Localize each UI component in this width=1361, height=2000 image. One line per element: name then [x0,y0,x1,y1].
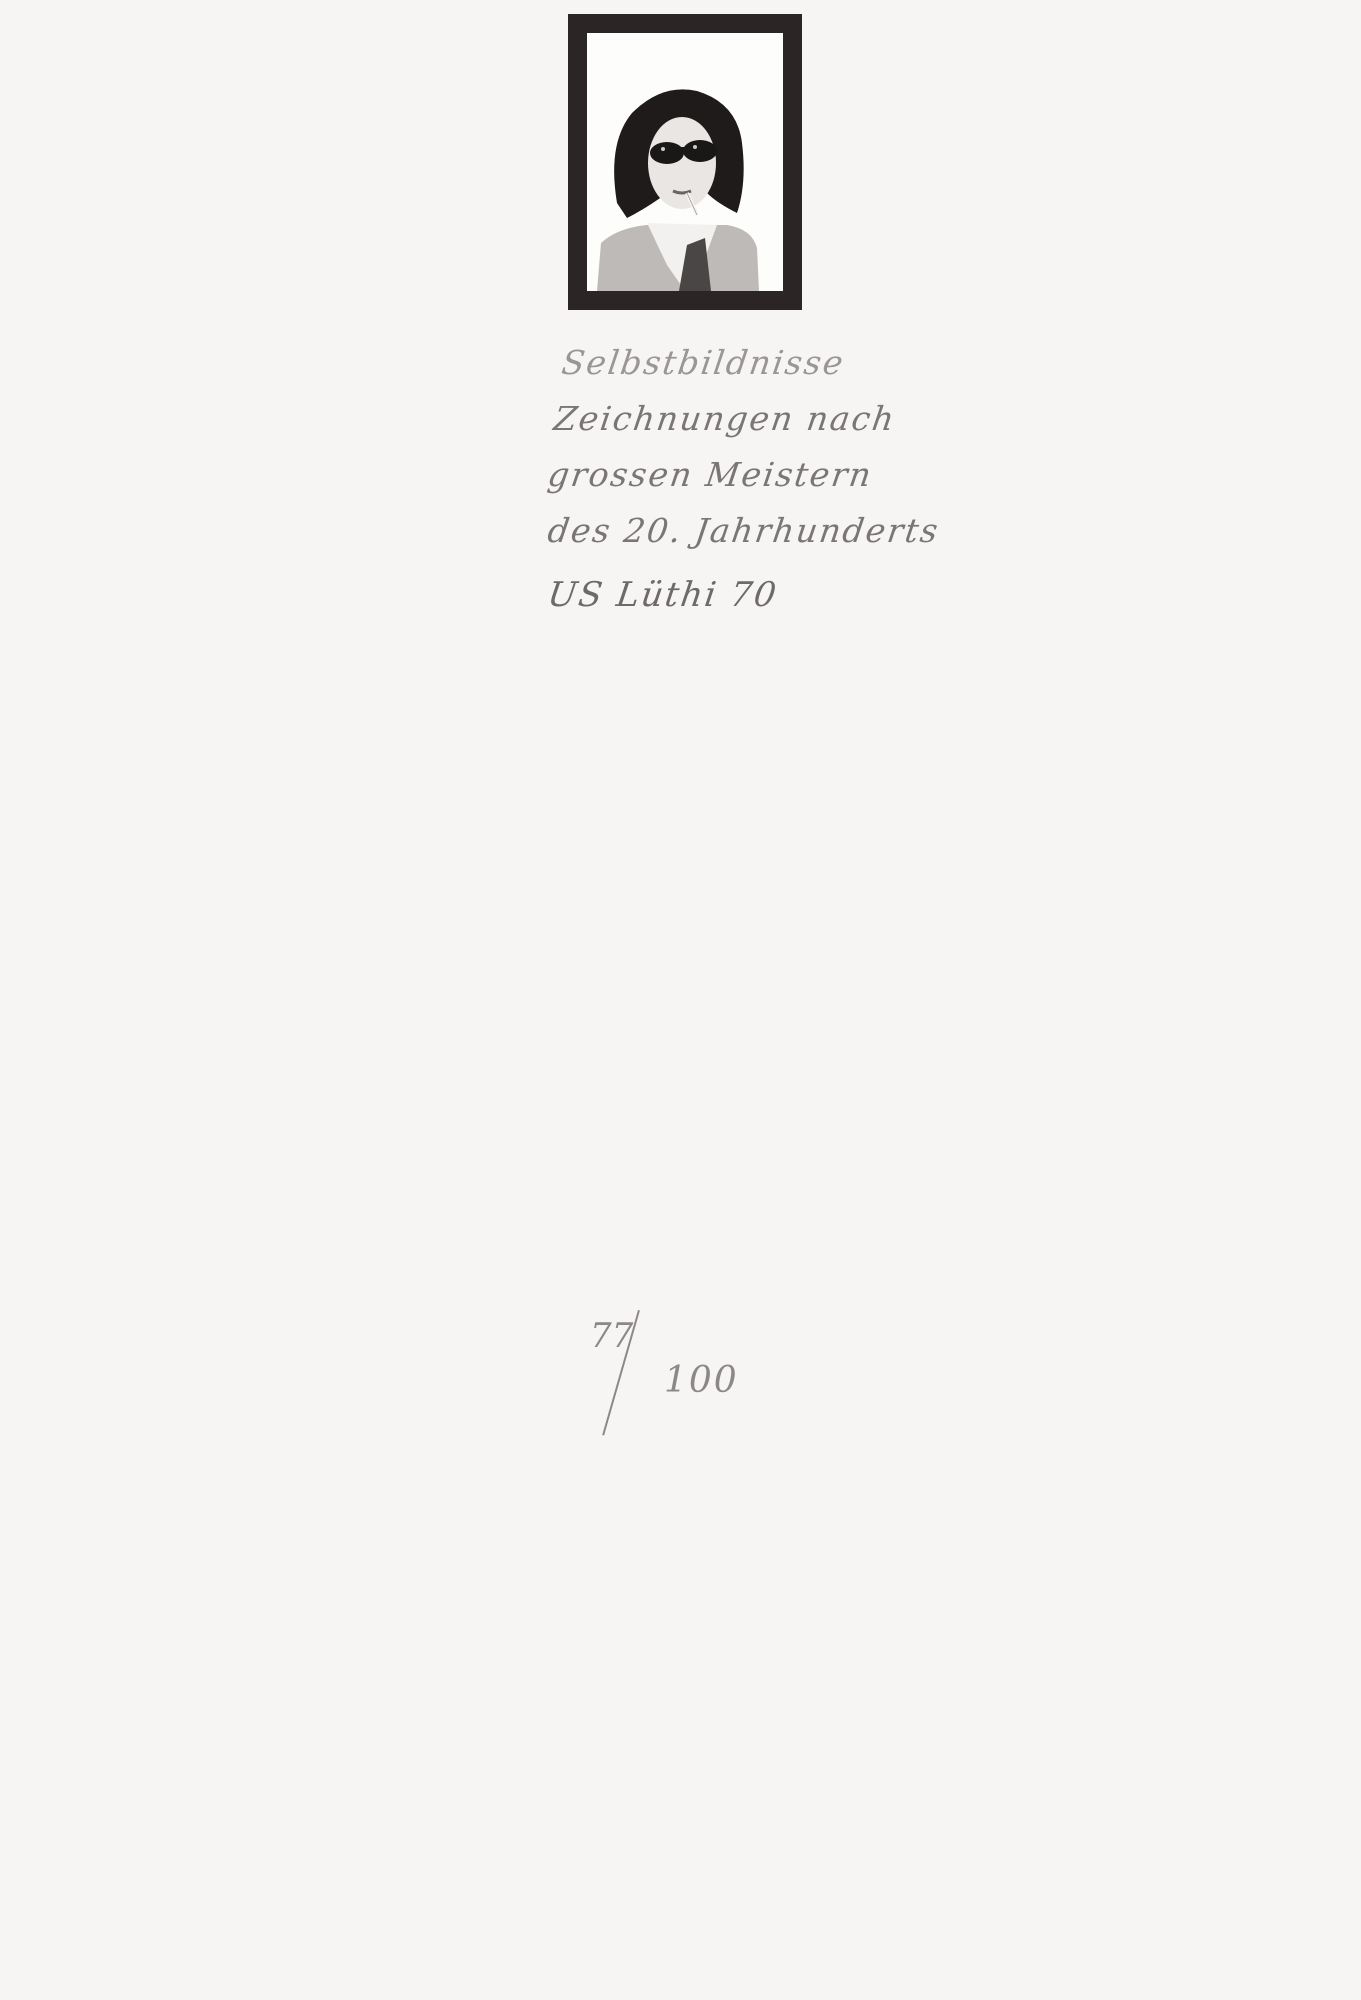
inscription-line-4: des 20. Jahrhunderts [544,503,992,559]
artist-signature: US Lüthi 70 [544,567,992,623]
inscription-line-2: Zeichnungen nach [544,391,992,447]
inscription-line-3: grossen Meistern [544,447,992,503]
portrait-photo [587,33,783,291]
portrait-frame [568,14,802,310]
edition-number: 77 100 [590,1310,790,1450]
handwritten-inscription: Selbstbildnisse Zeichnungen nach grossen… [548,335,988,623]
portrait-figure-icon [587,33,783,291]
edition-total: 100 [664,1360,739,1401]
inscription-line-1: Selbstbildnisse [544,335,992,391]
